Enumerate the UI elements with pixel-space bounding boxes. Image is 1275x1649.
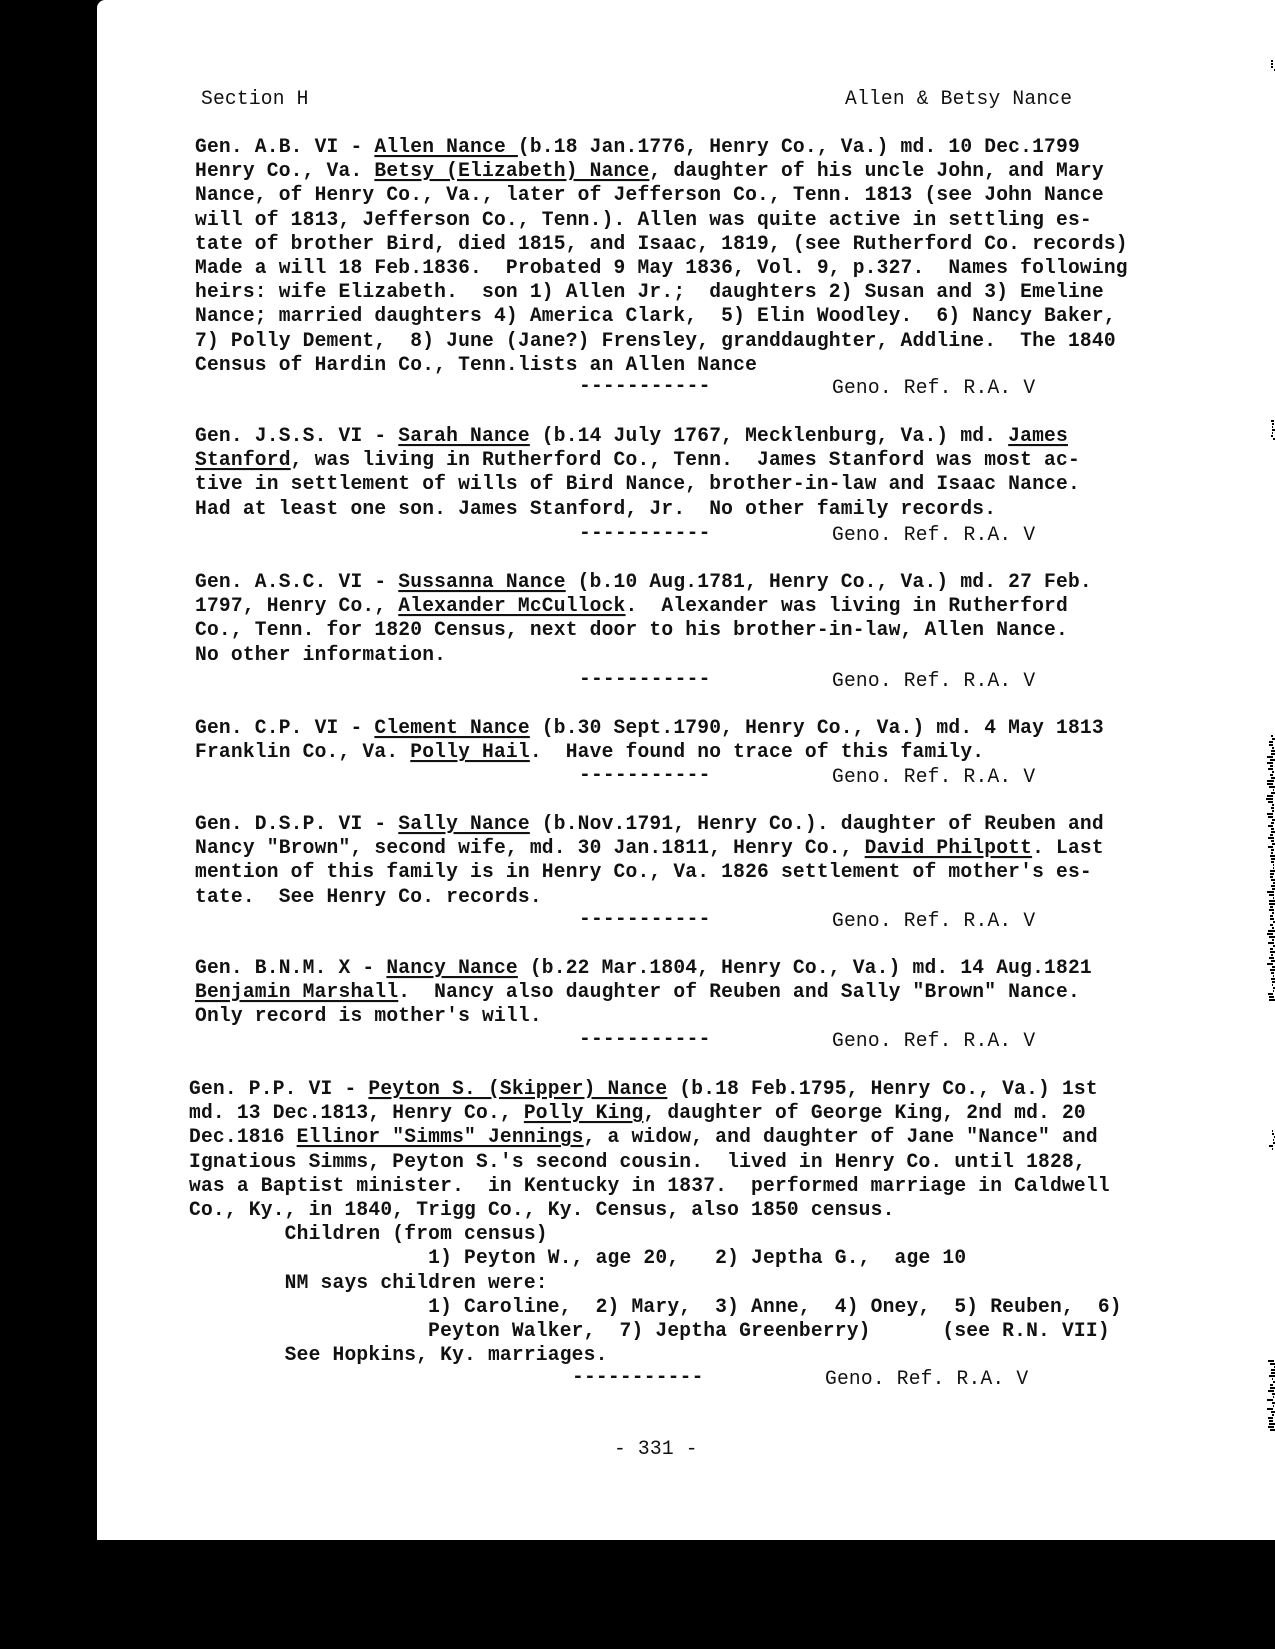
underlined-name: David Philpott (865, 836, 1032, 859)
entry-separator: ----------- (579, 520, 711, 545)
entry-text: Dec.1816 (189, 1125, 297, 1148)
underlined-name: Peyton S. (Skipper) Nance (368, 1077, 667, 1100)
entry-text: . Have found no trace of this family. (530, 740, 984, 763)
entry-text: 1) Peyton W., age 20, 2) Jeptha G., age … (189, 1246, 966, 1269)
entry-text: Made a will 18 Feb.1836. Probated 9 May … (195, 256, 1128, 279)
genealogy-reference: Geno. Ref. R.A. V (825, 1366, 1028, 1391)
entry-text: Had at least one son. James Stanford, Jr… (195, 497, 996, 520)
entry-line: Made a will 18 Feb.1836. Probated 9 May … (195, 255, 1128, 280)
entry-text: Nancy "Brown", second wife, md. 30 Jan.1… (195, 836, 865, 859)
entry-text: 7) Polly Dement, 8) June (Jane?) Frensle… (195, 329, 1116, 352)
entry-text: Gen. A.B. VI - (195, 135, 374, 158)
entry-text: Gen. B.N.M. X - (195, 956, 386, 979)
entry-line: Gen. A.B. VI - Allen Nance (b.18 Jan.177… (195, 134, 1080, 159)
underlined-name: Alexander McCullock (398, 594, 625, 617)
entry-separator: ----------- (579, 666, 711, 691)
entry-line: tate. See Henry Co. records. (195, 884, 542, 909)
entry-text: 1) Caroline, 2) Mary, 3) Anne, 4) Oney, … (189, 1295, 1122, 1318)
entry-line: Gen. B.N.M. X - Nancy Nance (b.22 Mar.18… (195, 955, 1092, 980)
entry-text: Co., Ky., in 1840, Trigg Co., Ky. Census… (189, 1198, 895, 1221)
scan-edge-noise (1257, 0, 1275, 1540)
entry-text: (b.30 Sept.1790, Henry Co., Va.) md. 4 M… (530, 716, 1104, 739)
underlined-name: Stanford (195, 448, 291, 471)
entry-line: Gen. C.P. VI - Clement Nance (b.30 Sept.… (195, 715, 1104, 740)
underlined-name: Clement Nance (374, 716, 529, 739)
entry-text: . Alexander was living in Rutherford (626, 594, 1068, 617)
entry-separator: ----------- (572, 1364, 704, 1389)
entry-line: heirs: wife Elizabeth. son 1) Allen Jr.;… (195, 279, 1104, 304)
entry-text: 1797, Henry Co., (195, 594, 398, 617)
entry-line: See Hopkins, Ky. marriages. (189, 1342, 608, 1367)
entry-text: tate. See Henry Co. records. (195, 885, 542, 908)
entry-line: Nance, of Henry Co., Va., later of Jeffe… (195, 182, 1104, 207)
entry-line: md. 13 Dec.1813, Henry Co., Polly King, … (189, 1100, 1086, 1125)
entry-line: Dec.1816 Ellinor "Simms" Jennings, a wid… (189, 1124, 1098, 1149)
entry-line: Franklin Co., Va. Polly Hail. Have found… (195, 739, 984, 764)
entry-line: will of 1813, Jefferson Co., Tenn.). All… (195, 207, 1092, 232)
entry-text: NM says children were: (189, 1271, 548, 1294)
entry-text: Children (from census) (189, 1222, 548, 1245)
genealogy-reference: Geno. Ref. R.A. V (832, 375, 1035, 400)
underlined-name: Ellinor "Simms" Jennings (297, 1125, 584, 1148)
entry-line: Benjamin Marshall. Nancy also daughter o… (195, 979, 1080, 1004)
entry-separator: ----------- (579, 762, 711, 787)
page-title: Allen & Betsy Nance (845, 86, 1072, 111)
entry-text: No other information. (195, 643, 446, 666)
entry-line: Co., Ky., in 1840, Trigg Co., Ky. Census… (189, 1197, 895, 1222)
entry-text: Gen. C.P. VI - (195, 716, 374, 739)
entry-line: 1) Caroline, 2) Mary, 3) Anne, 4) Oney, … (189, 1294, 1122, 1319)
document-page: Section H Allen & Betsy Nance Gen. A.B. … (97, 0, 1275, 1540)
genealogy-reference: Geno. Ref. R.A. V (832, 908, 1035, 933)
entry-text: (b.18 Feb.1795, Henry Co., Va.) 1st (667, 1077, 1098, 1100)
genealogy-reference: Geno. Ref. R.A. V (832, 668, 1035, 693)
entry-line: Stanford, was living in Rutherford Co., … (195, 447, 1080, 472)
underlined-name: Allen Nance (374, 135, 518, 158)
underlined-name: Benjamin Marshall (195, 980, 398, 1003)
underlined-name: Sarah Nance (398, 424, 530, 447)
entry-line: Nance; married daughters 4) America Clar… (195, 303, 1116, 328)
entry-text: Nance, of Henry Co., Va., later of Jeffe… (195, 183, 1104, 206)
entry-line: Gen. J.S.S. VI - Sarah Nance (b.14 July … (195, 423, 1068, 448)
entry-line: Gen. P.P. VI - Peyton S. (Skipper) Nance… (189, 1076, 1098, 1101)
entry-line: Children (from census) (189, 1221, 548, 1246)
entry-text: (b.Nov.1791, Henry Co.). daughter of Reu… (530, 812, 1104, 835)
entry-line: Ignatious Simms, Peyton S.'s second cous… (189, 1149, 1086, 1174)
underlined-name: Polly Hail (410, 740, 530, 763)
entry-text: (b.18 Jan.1776, Henry Co., Va.) md. 10 D… (518, 135, 1080, 158)
entry-line: 1797, Henry Co., Alexander McCullock. Al… (195, 593, 1068, 618)
page-number: - 331 - (614, 1436, 698, 1461)
entry-text: Franklin Co., Va. (195, 740, 410, 763)
underlined-name: Sally Nance (398, 812, 530, 835)
underlined-name: Nancy Nance (386, 956, 518, 979)
underlined-name: Polly King (524, 1101, 644, 1124)
entry-separator: ----------- (579, 373, 711, 398)
entry-text: (b.10 Aug.1781, Henry Co., Va.) md. 27 F… (566, 570, 1092, 593)
entry-line: Gen. D.S.P. VI - Sally Nance (b.Nov.1791… (195, 811, 1104, 836)
entry-line: mention of this family is in Henry Co., … (195, 859, 1092, 884)
entry-line: Nancy "Brown", second wife, md. 30 Jan.1… (195, 835, 1104, 860)
entry-separator: ----------- (579, 1026, 711, 1051)
entry-text: tive in settlement of wills of Bird Nanc… (195, 472, 1080, 495)
entry-text: , was living in Rutherford Co., Tenn. Ja… (291, 448, 1080, 471)
entry-text: Ignatious Simms, Peyton S.'s second cous… (189, 1150, 1086, 1173)
genealogy-reference: Geno. Ref. R.A. V (832, 1028, 1035, 1053)
entry-text: (b.22 Mar.1804, Henry Co., Va.) md. 14 A… (518, 956, 1092, 979)
entry-text: Gen. P.P. VI - (189, 1077, 368, 1100)
entry-text: Nance; married daughters 4) America Clar… (195, 304, 1116, 327)
section-label: Section H (201, 86, 309, 111)
entry-line: Peyton Walker, 7) Jeptha Greenberry) (se… (189, 1318, 1110, 1343)
entry-line: Had at least one son. James Stanford, Jr… (195, 496, 996, 521)
entry-text: Gen. J.S.S. VI - (195, 424, 398, 447)
entry-line: tate of brother Bird, died 1815, and Isa… (195, 231, 1128, 256)
entry-line: 1) Peyton W., age 20, 2) Jeptha G., age … (189, 1245, 966, 1270)
underlined-name: Sussanna Nance (398, 570, 565, 593)
entry-line: Gen. A.S.C. VI - Sussanna Nance (b.10 Au… (195, 569, 1092, 594)
underlined-name: James (1008, 424, 1068, 447)
entry-text: Gen. D.S.P. VI - (195, 812, 398, 835)
entry-text: will of 1813, Jefferson Co., Tenn.). All… (195, 208, 1092, 231)
entry-text: md. 13 Dec.1813, Henry Co., (189, 1101, 524, 1124)
entry-text: Co., Tenn. for 1820 Census, next door to… (195, 618, 1068, 641)
entry-text: mention of this family is in Henry Co., … (195, 860, 1092, 883)
entry-text: , daughter of George King, 2nd md. 20 (643, 1101, 1085, 1124)
underlined-name: Betsy (Elizabeth) Nance (374, 159, 649, 182)
entry-text: . Last (1032, 836, 1104, 859)
entry-line: Only record is mother's will. (195, 1003, 542, 1028)
entry-text: was a Baptist minister. in Kentucky in 1… (189, 1174, 1110, 1197)
entry-text: tate of brother Bird, died 1815, and Isa… (195, 232, 1128, 255)
entry-text: , a widow, and daughter of Jane "Nance" … (584, 1125, 1098, 1148)
entry-line: Co., Tenn. for 1820 Census, next door to… (195, 617, 1068, 642)
entry-line: 7) Polly Dement, 8) June (Jane?) Frensle… (195, 328, 1116, 353)
entry-line: NM says children were: (189, 1270, 548, 1295)
entry-line: No other information. (195, 642, 446, 667)
entry-separator: ----------- (579, 906, 711, 931)
entry-text: Henry Co., Va. (195, 159, 374, 182)
entry-text: Only record is mother's will. (195, 1004, 542, 1027)
entry-text: . Nancy also daughter of Reuben and Sall… (398, 980, 1080, 1003)
genealogy-reference: Geno. Ref. R.A. V (832, 764, 1035, 789)
entry-text: See Hopkins, Ky. marriages. (189, 1343, 608, 1366)
entry-text: , daughter of his uncle John, and Mary (649, 159, 1103, 182)
entry-text: Peyton Walker, 7) Jeptha Greenberry) (se… (189, 1319, 1110, 1342)
genealogy-reference: Geno. Ref. R.A. V (832, 522, 1035, 547)
entry-line: was a Baptist minister. in Kentucky in 1… (189, 1173, 1110, 1198)
entry-text: Gen. A.S.C. VI - (195, 570, 398, 593)
entry-line: tive in settlement of wills of Bird Nanc… (195, 471, 1080, 496)
entry-text: heirs: wife Elizabeth. son 1) Allen Jr.;… (195, 280, 1104, 303)
entry-text: (b.14 July 1767, Mecklenburg, Va.) md. (530, 424, 1008, 447)
entry-line: Henry Co., Va. Betsy (Elizabeth) Nance, … (195, 158, 1104, 183)
